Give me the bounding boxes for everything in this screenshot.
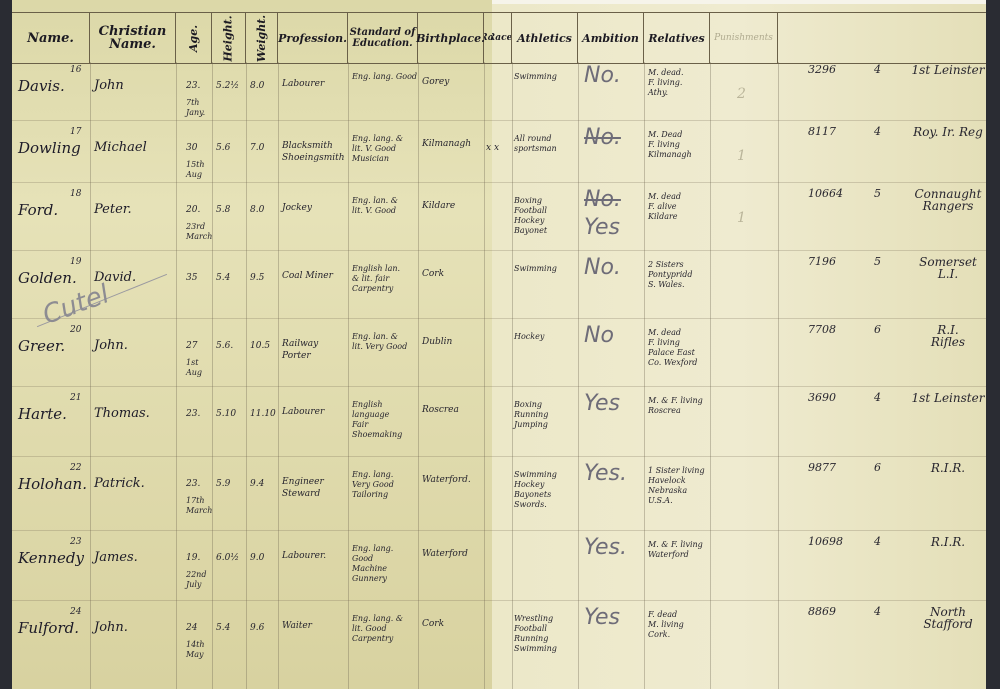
row-rule <box>492 182 986 183</box>
height: 5.8 <box>216 204 230 216</box>
surname: Harte. <box>18 408 67 420</box>
regiment: Connaught Rangers <box>910 188 986 212</box>
service-column: 4 <box>874 392 881 404</box>
athletics: Swimming <box>514 72 578 82</box>
relatives: M. dead F. living Palace East Co. Wexfor… <box>648 328 710 368</box>
regiment: R.I.R. <box>910 536 986 548</box>
race-mark: x <box>494 142 499 154</box>
row-rule <box>12 318 492 319</box>
service-column: 6 <box>874 462 881 474</box>
header-blank <box>778 13 986 63</box>
header-punishments: Punishments <box>710 13 778 63</box>
column-rule <box>778 62 779 689</box>
relatives: 2 Sisters Pontypridd S. Wales. <box>648 260 710 290</box>
column-rule <box>710 62 711 689</box>
weight: 9.5 <box>250 272 264 284</box>
date-of-birth: 22nd July <box>186 570 212 590</box>
header-age: Age. <box>176 13 212 63</box>
regimental-number: 9877 <box>808 462 836 474</box>
education: English language Fair Shoemaking <box>352 400 418 440</box>
surname: Greer. <box>18 340 65 352</box>
punishments: 1 <box>737 212 746 224</box>
profession: Coal Miner <box>282 270 348 282</box>
weight: 9.4 <box>250 478 264 490</box>
christian-name: Michael <box>94 142 147 154</box>
weight: 10.5 <box>250 340 270 352</box>
entry-number: 22 <box>70 462 81 474</box>
page-edge <box>492 0 986 4</box>
entry-number: 21 <box>70 392 81 404</box>
row-rule <box>492 530 986 531</box>
education: Eng. lang. & lit. V. Good Musician <box>352 134 418 164</box>
regimental-number: 10664 <box>808 188 843 200</box>
ambition: No. <box>584 70 621 82</box>
date-of-birth: 15th Aug <box>186 160 212 180</box>
ambition-revised: Yes <box>584 222 620 234</box>
profession: Jockey <box>282 202 348 214</box>
education: Eng. lang. Good <box>352 72 418 82</box>
height: 5.2½ <box>216 80 239 92</box>
athletics: Swimming Hockey Bayonets Swords. <box>514 470 578 510</box>
birthplace: Roscrea <box>422 404 459 416</box>
age: 23. <box>186 408 200 420</box>
regimental-number: 7196 <box>808 256 836 268</box>
age: 20. <box>186 204 200 216</box>
christian-name: John. <box>94 340 128 352</box>
birthplace: Gorey <box>422 76 449 88</box>
surname: Kennedy <box>18 552 84 564</box>
header-birthplace: Birthplace. <box>418 13 484 63</box>
entry-number: 23 <box>70 536 81 548</box>
regimental-number: 10698 <box>808 536 843 548</box>
regimental-number: 3690 <box>808 392 836 404</box>
ambition: Yes. <box>584 468 627 480</box>
profession: Labourer <box>282 78 348 90</box>
left-header-row: Name. Christian Name. Age. Height. Weigh… <box>12 12 492 64</box>
christian-name: John <box>94 80 124 92</box>
relatives: 1 Sister living Havelock Nebraska U.S.A. <box>648 466 710 506</box>
birthplace: Waterford. <box>422 474 471 486</box>
age: 23. <box>186 80 200 92</box>
row-rule <box>492 318 986 319</box>
date-of-birth: 23rd March <box>186 222 212 242</box>
age: 23. <box>186 478 200 490</box>
column-rule <box>484 62 485 689</box>
entry-number: 19 <box>70 256 81 268</box>
relatives: M. & F. living Roscrea <box>648 396 710 416</box>
education: Eng. lan. & lit. Very Good <box>352 332 418 352</box>
regiment: 1st Leinster <box>910 392 986 404</box>
height: 5.6. <box>216 340 233 352</box>
christian-name: Thomas. <box>94 408 150 420</box>
service-column: 5 <box>874 256 881 268</box>
race-mark: x <box>486 142 491 154</box>
ambition: Yes. <box>584 542 627 554</box>
relatives: M. & F. living Waterford <box>648 540 710 560</box>
date-of-birth: 14th May <box>186 640 212 660</box>
athletics: All round sportsman <box>514 134 578 154</box>
height: 5.9 <box>216 478 230 490</box>
header-athletics: Athletics <box>512 13 578 63</box>
service-column: 4 <box>874 126 881 138</box>
surname: Fulford. <box>18 622 79 634</box>
ambition: No. <box>584 194 621 206</box>
entry-number: 20 <box>70 324 81 336</box>
punishments: 2 <box>737 88 746 100</box>
row-rule <box>492 120 986 121</box>
row-rule <box>492 600 986 601</box>
surname: Davis. <box>18 80 65 92</box>
ledger-right-page: Race. Athletics Ambition Relatives Punis… <box>492 0 986 689</box>
punishments: 1 <box>737 150 746 162</box>
education: Eng. lang. Very Good Tailoring <box>352 470 418 500</box>
ambition: Yes <box>584 612 620 624</box>
height: 5.4 <box>216 272 230 284</box>
row-rule <box>12 386 492 387</box>
header-profession: Profession. <box>278 13 348 63</box>
service-column: 4 <box>874 64 881 76</box>
weight: 8.0 <box>250 204 264 216</box>
header-weight: Weight. <box>246 13 278 63</box>
column-rule <box>348 62 349 689</box>
column-rule <box>644 62 645 689</box>
date-of-birth: 1st Aug <box>186 358 212 378</box>
birthplace: Waterford <box>422 548 468 560</box>
christian-name: Patrick. <box>94 478 145 490</box>
profession: Waiter <box>282 620 348 632</box>
column-rule <box>578 62 579 689</box>
relatives: F. dead M. living Cork. <box>648 610 710 640</box>
age: 35 <box>186 272 197 284</box>
athletics: Wrestling Football Running Swimming <box>514 614 578 654</box>
regimental-number: 3296 <box>808 64 836 76</box>
regiment: R.I.R. <box>910 462 986 474</box>
regiment: 1st Leinster <box>910 64 986 76</box>
header-race-right: Race. <box>492 13 512 63</box>
date-of-birth: 17th March <box>186 496 212 516</box>
athletics: Hockey <box>514 332 578 342</box>
ambition: No <box>584 330 614 342</box>
education: English lan. & lit. fair Carpentry <box>352 264 418 294</box>
profession: Blacksmith Shoeingsmith <box>282 140 348 164</box>
header-relatives: Relatives <box>644 13 710 63</box>
athletics: Boxing Running Jumping <box>514 400 578 430</box>
entry-number: 24 <box>70 606 81 618</box>
row-rule <box>492 386 986 387</box>
height: 5.10 <box>216 408 236 420</box>
row-rule <box>492 250 986 251</box>
education: Eng. lang. Good Machine Gunnery <box>352 544 418 584</box>
weight: 8.0 <box>250 80 264 92</box>
height: 5.4 <box>216 622 230 634</box>
column-rule <box>246 62 247 689</box>
entry-number: 16 <box>70 64 81 76</box>
surname: Dowling <box>18 142 81 154</box>
relatives: M. Dead F. living Kilmanagh <box>648 130 710 160</box>
header-weight-text: Weight. <box>255 14 268 61</box>
surname: Holohan. <box>18 478 87 490</box>
service-column: 4 <box>874 606 881 618</box>
service-column: 4 <box>874 536 881 548</box>
ambition: No. <box>584 262 621 274</box>
weight: 9.0 <box>250 552 264 564</box>
athletics: Boxing Football Hockey Bayonet <box>514 196 578 236</box>
education: Eng. lang. & lit. Good Carpentry <box>352 614 418 644</box>
athletics: Swimming <box>514 264 578 274</box>
service-column: 6 <box>874 324 881 336</box>
column-rule <box>212 62 213 689</box>
row-rule <box>12 600 492 601</box>
right-header-row: Race. Athletics Ambition Relatives Punis… <box>492 12 986 64</box>
header-christian-name: Christian Name. <box>90 13 176 63</box>
profession: Railway Porter <box>282 338 348 362</box>
birthplace: Kilmanagh <box>422 138 471 150</box>
weight: 9.6 <box>250 622 264 634</box>
entry-number: 18 <box>70 188 81 200</box>
header-ambition: Ambition <box>578 13 644 63</box>
age: 24 <box>186 622 197 634</box>
christian-name: John. <box>94 622 128 634</box>
ledger-left-page: Name. Christian Name. Age. Height. Weigh… <box>12 0 492 689</box>
column-rule <box>512 62 513 689</box>
christian-name: Peter. <box>94 204 132 216</box>
ambition: No. <box>584 132 621 144</box>
header-height-text: Height. <box>222 15 235 61</box>
regimental-number: 8117 <box>808 126 836 138</box>
header-race-left: Race. <box>484 13 492 63</box>
entry-number: 17 <box>70 126 81 138</box>
profession: Labourer <box>282 406 348 418</box>
weight: 7.0 <box>250 142 264 154</box>
age: 27 <box>186 340 197 352</box>
surname: Ford. <box>18 204 58 216</box>
column-rule <box>90 62 91 689</box>
profession: Labourer. <box>282 550 348 562</box>
header-age-text: Age. <box>187 24 200 51</box>
height: 6.0½ <box>216 552 239 564</box>
regiment: R.I. Rifles <box>910 324 986 348</box>
regiment: Somerset L.I. <box>910 256 986 280</box>
relatives: M. dead F. alive Kildare <box>648 192 710 222</box>
birthplace: Dublin <box>422 336 452 348</box>
regimental-number: 8869 <box>808 606 836 618</box>
row-rule <box>12 456 492 457</box>
row-rule <box>12 530 492 531</box>
regiment: Roy. Ir. Reg <box>910 126 986 138</box>
header-education: Standard of Education. <box>348 13 418 63</box>
height: 5.6 <box>216 142 230 154</box>
row-rule <box>12 120 492 121</box>
profession: Engineer Steward <box>282 476 348 500</box>
ambition: Yes <box>584 398 620 410</box>
regiment: North Stafford <box>910 606 986 630</box>
date-of-birth: 7th Jany. <box>186 98 212 118</box>
header-height: Height. <box>212 13 246 63</box>
column-rule <box>418 62 419 689</box>
weight: 11.10 <box>250 408 276 420</box>
birthplace: Cork <box>422 618 444 630</box>
header-name: Name. <box>12 13 90 63</box>
surname: Golden. <box>18 272 77 284</box>
age: 19. <box>186 552 200 564</box>
relatives: M. dead. F. living. Athy. <box>648 68 710 98</box>
birthplace: Cork <box>422 268 444 280</box>
birthplace: Kildare <box>422 200 455 212</box>
column-rule <box>176 62 177 689</box>
education: Eng. lan. & lit. V. Good <box>352 196 418 216</box>
regimental-number: 7708 <box>808 324 836 336</box>
row-rule <box>492 456 986 457</box>
christian-name: James. <box>94 552 138 564</box>
row-rule <box>12 250 492 251</box>
service-column: 5 <box>874 188 881 200</box>
column-rule <box>278 62 279 689</box>
row-rule <box>12 182 492 183</box>
age: 30 <box>186 142 197 154</box>
